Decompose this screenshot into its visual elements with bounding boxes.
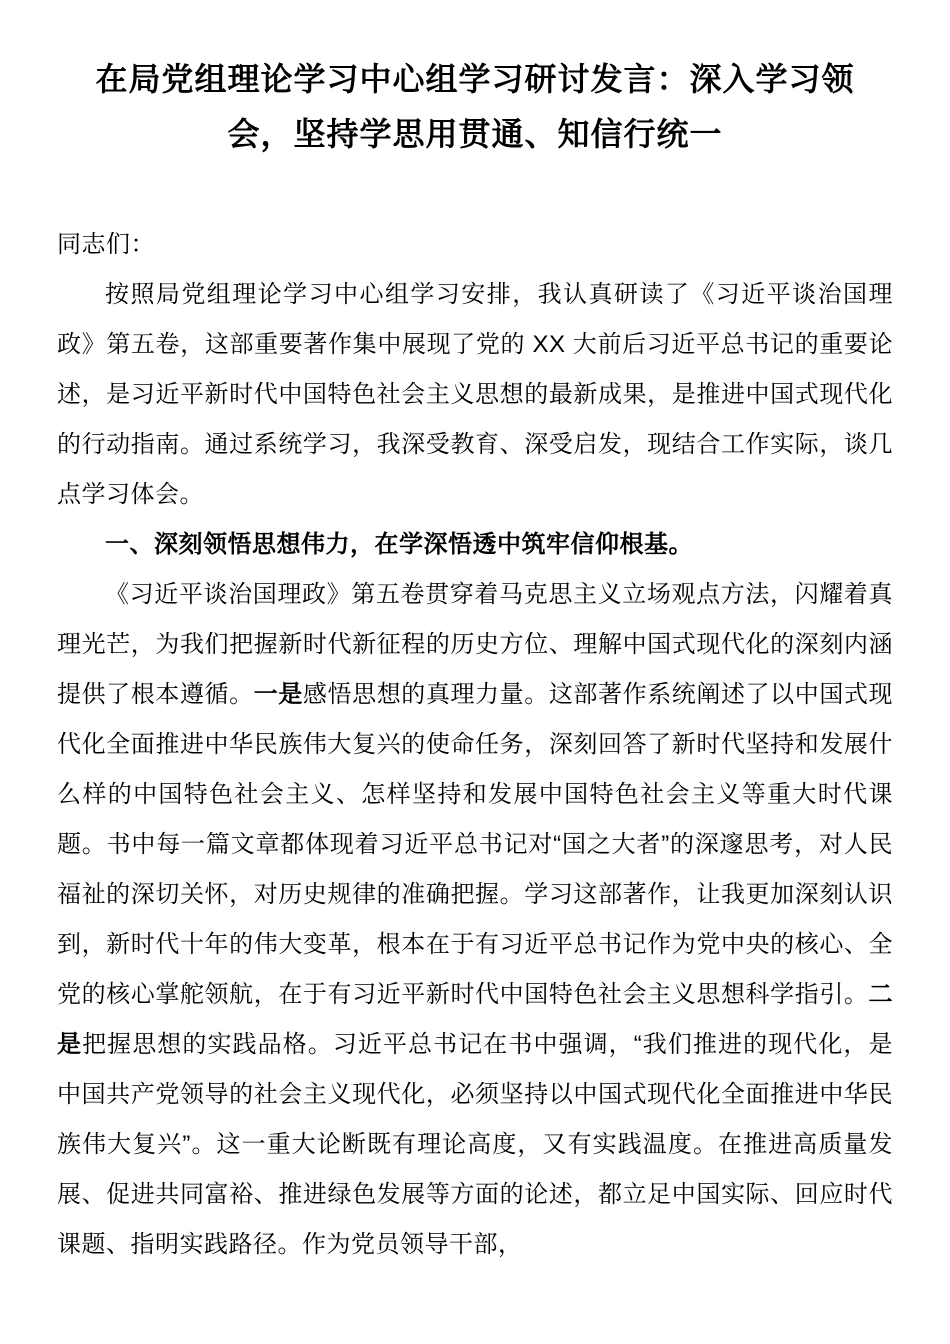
text-run: 感悟思想的真理力量。这部著作系统阐述了以中国式现代化全面推进中华民族伟大复兴的使… — [57, 681, 893, 1008]
bold-text-run: 一是 — [254, 681, 303, 708]
document-title: 在局党组理论学习中心组学习研讨发言：深入学习领会，坚持学思用贯通、知信行统一 — [75, 52, 875, 162]
paragraph: 《习近平谈治国理政》第五卷贯穿着马克思主义立场观点方法，闪耀着真理光芒，为我们把… — [57, 570, 893, 1270]
bold-text-run: 一、深刻领悟思想伟力，在学深悟透中筑牢信仰根基。 — [105, 531, 693, 558]
document-body: 同志们：按照局党组理论学习中心组学习安排，我认真研读了《习近平谈治国理政》第五卷… — [57, 220, 893, 1270]
text-run: 把握思想的实践品格。习近平总书记在书中强调，“我们推进的现代化，是中国共产党领导… — [57, 1031, 893, 1258]
document-page: 在局党组理论学习中心组学习研讨发言：深入学习领会，坚持学思用贯通、知信行统一 同… — [0, 0, 950, 1344]
section-heading: 一、深刻领悟思想伟力，在学深悟透中筑牢信仰根基。 — [57, 520, 893, 570]
text-run: 按照局党组理论学习中心组学习安排，我认真研读了《习近平谈治国理政》第五卷，这部重… — [57, 281, 893, 508]
paragraph: 按照局党组理论学习中心组学习安排，我认真研读了《习近平谈治国理政》第五卷，这部重… — [57, 270, 893, 520]
text-run: 同志们： — [57, 231, 155, 258]
salutation: 同志们： — [57, 220, 893, 270]
